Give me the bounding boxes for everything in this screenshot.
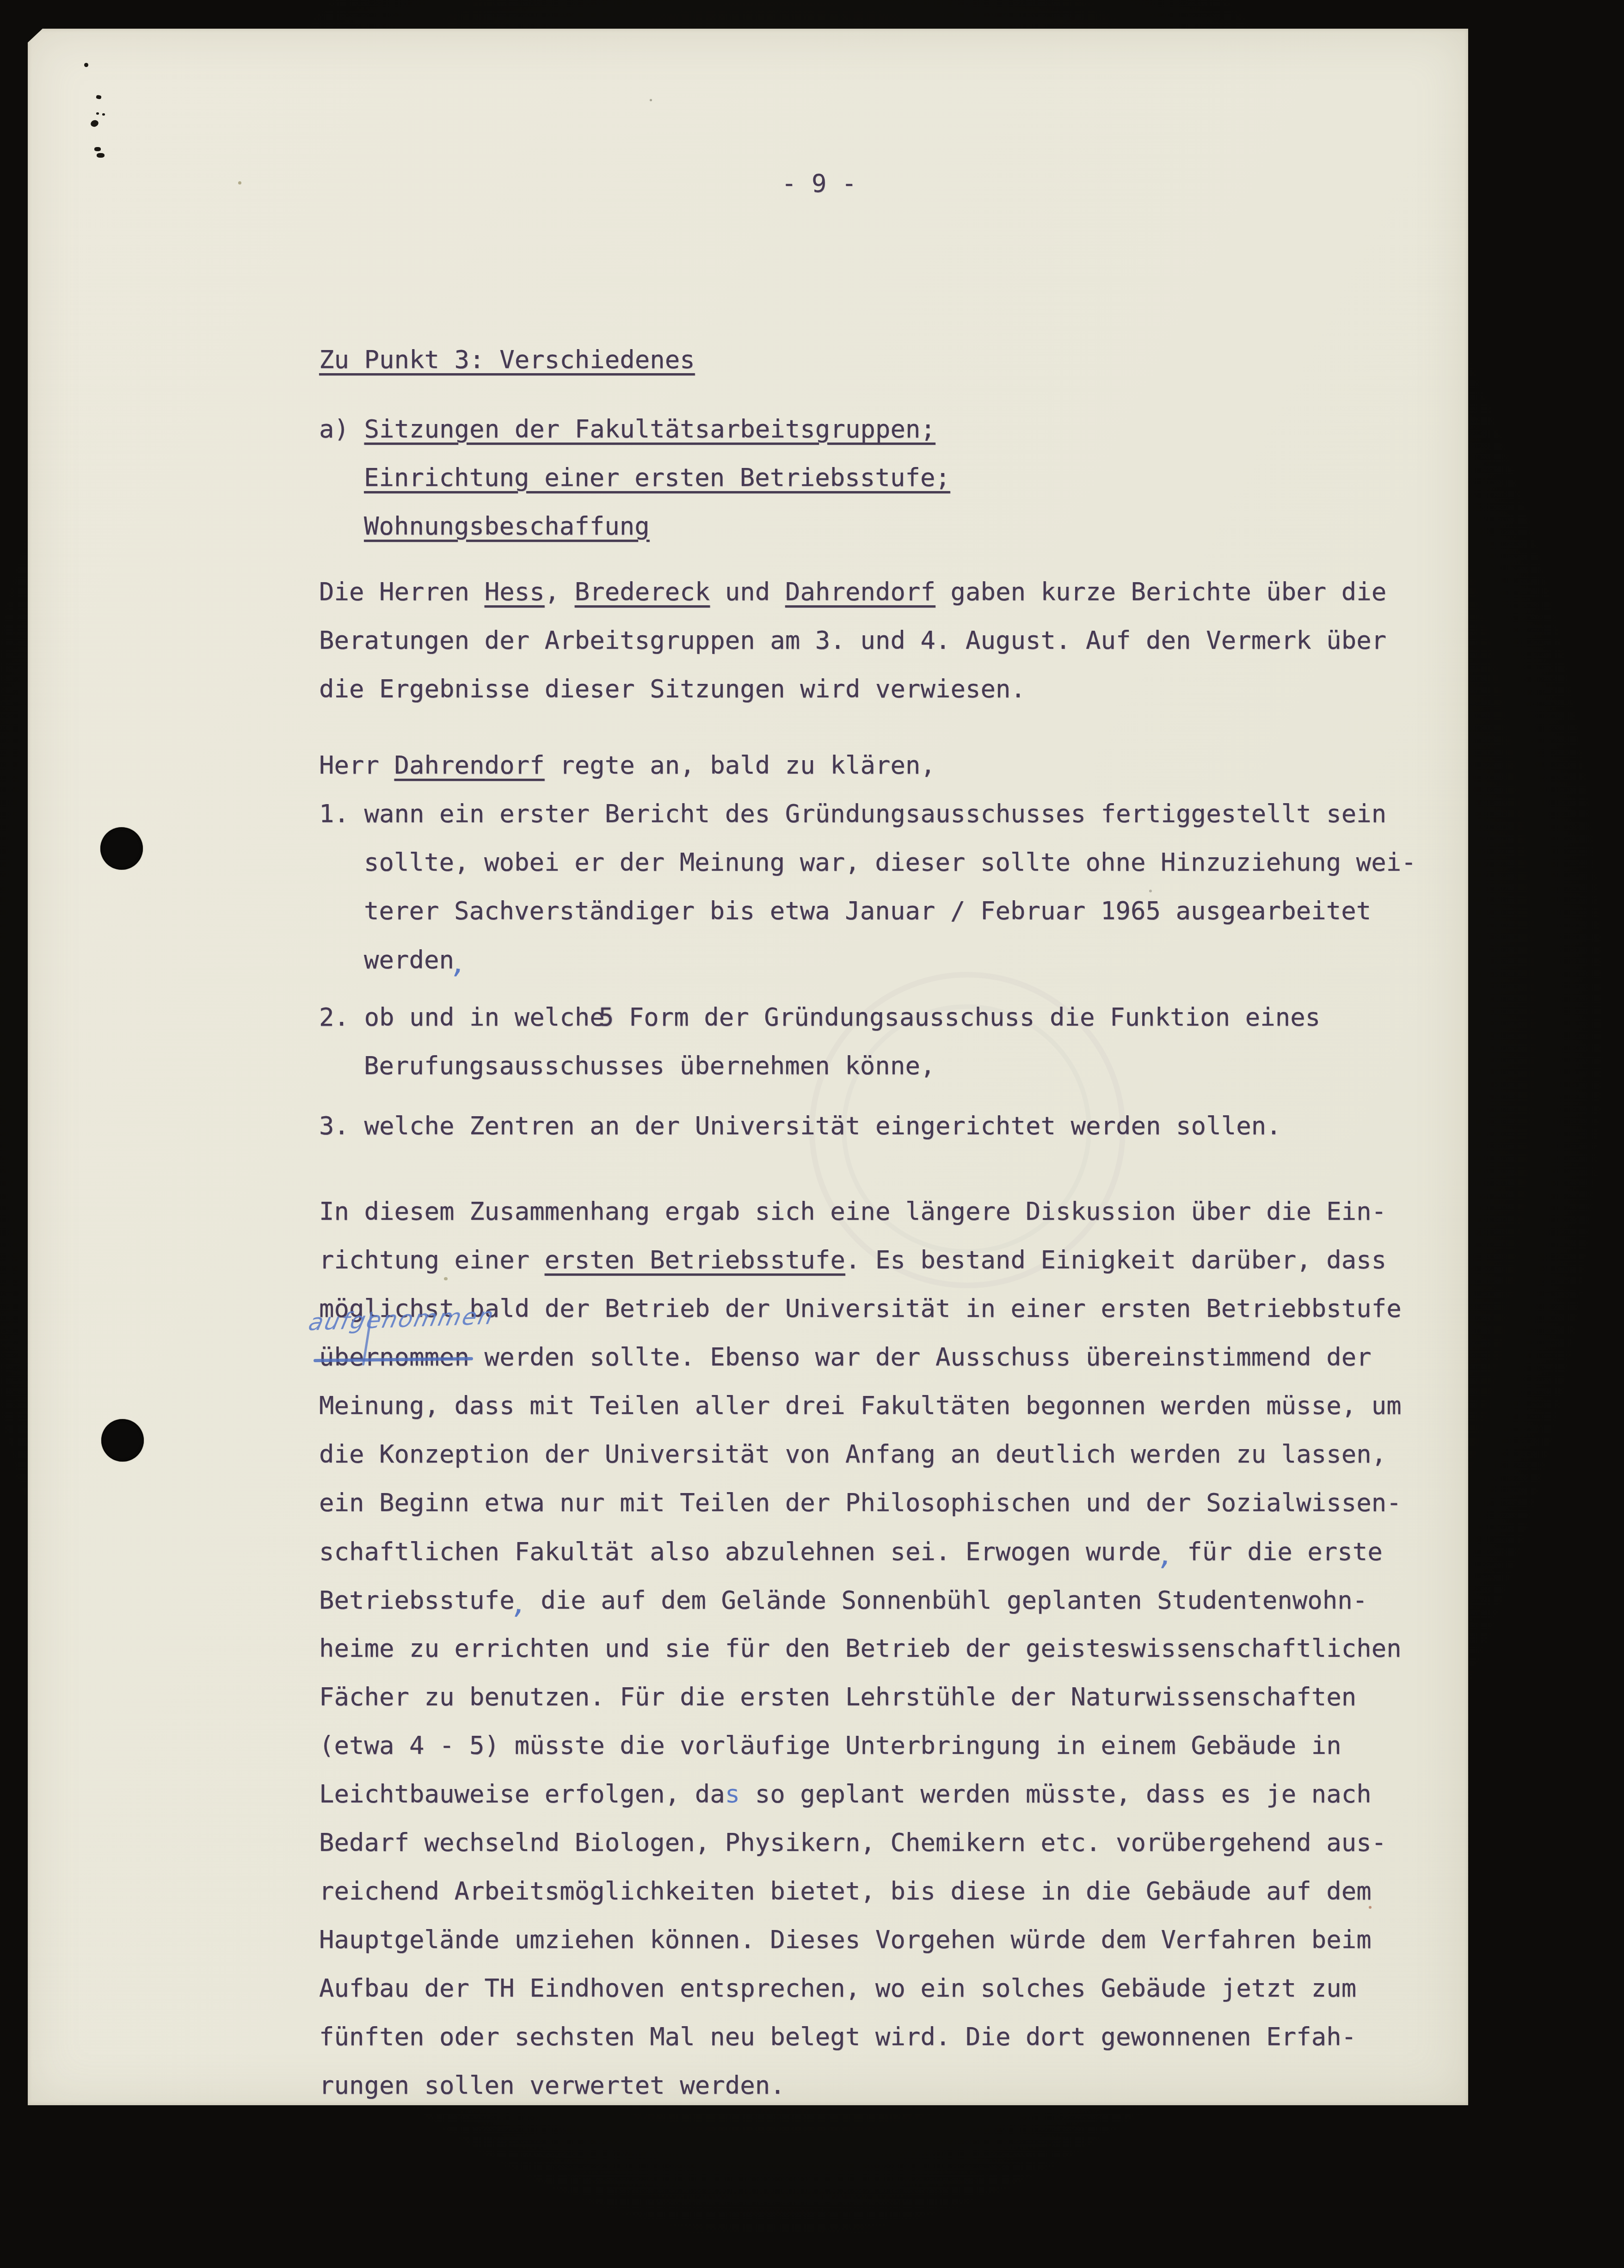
text-line: terer Sachverständiger bis etwa Januar /…: [28, 886, 1468, 935]
paper-speck: [444, 1277, 448, 1280]
text-line: Die Herren Hess, Bredereck und Dahrendor…: [28, 567, 1468, 616]
underlined-text: Einrichtung einer ersten Betriebsstufe;: [364, 463, 950, 492]
text-line: übernommen werden sollte. Ebenso war der…: [28, 1333, 1468, 1381]
typed-text: In diesem Zusammenhang ergab sich eine l…: [319, 1197, 1386, 1226]
typed-text: . Es bestand Einigkeit darüber, dass: [845, 1245, 1386, 1274]
staple-mark: [96, 95, 101, 99]
typed-text: die auf dem Gelände Sonnenbühl geplanten…: [526, 1586, 1368, 1615]
typed-text: 2. ob und in welche: [319, 1002, 605, 1032]
typed-text: a): [319, 414, 364, 443]
staple-mark: [94, 147, 101, 151]
text-line: fünften oder sechsten Mal neu belegt wir…: [28, 2012, 1468, 2061]
text-line: a) Sitzungen der Fakultätsarbeitsgruppen…: [28, 405, 1468, 453]
typed-text: reichend Arbeitsmöglichkeiten bietet, bi…: [319, 1876, 1372, 1905]
underlined-text: Dahrendorf: [394, 750, 545, 780]
text-line: Betriebsstufe, die auf dem Gelände Sonne…: [28, 1575, 1468, 1624]
text-line: sollte, wobei er der Meinung war, dieser…: [28, 838, 1468, 886]
text-line: Fächer zu benutzen. Für die ersten Lehrs…: [28, 1672, 1468, 1721]
typewritten-text: Zu Punkt 3: Verschiedenesa) Sitzungen de…: [28, 335, 1468, 2105]
text-line: (etwa 4 - 5) müsste die vorläufige Unter…: [28, 1721, 1468, 1770]
text-line: schaftlichen Fakultät also abzulehnen se…: [28, 1527, 1468, 1575]
text-line: 1. wann ein erster Bericht des Gründungs…: [28, 789, 1468, 838]
typed-text: Aufbau der TH Eindhoven entsprechen, wo …: [319, 1973, 1356, 2003]
handwritten-annotation: aufgenommen: [306, 1300, 498, 1339]
underlined-text: Hess: [485, 577, 545, 606]
staple-mark: [96, 112, 99, 115]
underlined-text: Zu Punkt 3: Verschiedenes: [319, 345, 695, 374]
typed-text: Form der Gründungsausschuss die Funktion…: [614, 1002, 1320, 1032]
text-line: möglichst bald der Betrieb der Universit…: [28, 1284, 1468, 1333]
typed-text: rungen sollen verwertet werden.: [319, 2071, 785, 2100]
punch-hole-icon: [100, 827, 143, 870]
typed-text: die Konzeption der Universität von Anfan…: [319, 1439, 1386, 1469]
text-line: heime zu errichten und sie für den Betri…: [28, 1624, 1468, 1672]
text-line: Herr Dahrendorf regte an, bald zu klären…: [28, 741, 1468, 789]
typed-text: Die Herren: [319, 577, 485, 606]
document-page: - 9 - Zu Punkt 3: Verschiedenesa) Sitzun…: [28, 29, 1468, 2105]
typed-text: Berufungsausschusses übernehmen könne,: [364, 1051, 935, 1080]
text-line: rungen sollen verwertet werden.: [28, 2061, 1468, 2105]
text-line: werden,: [28, 935, 1468, 983]
typed-text: Herr: [319, 750, 394, 780]
typed-text: richtung einer: [319, 1245, 545, 1274]
text-line: 2. ob und in welche5 Form der Gründungsa…: [28, 993, 1468, 1041]
text-line: richtung einer ersten Betriebsstufe. Es …: [28, 1235, 1468, 1284]
text-line: Einrichtung einer ersten Betriebsstufe;: [28, 453, 1468, 502]
text-line: Leichtbauweise erfolgen, das so geplant …: [28, 1770, 1468, 1818]
typed-text: Fächer zu benutzen. Für die ersten Lehrs…: [319, 1682, 1356, 1711]
staple-mark: [102, 113, 105, 116]
typed-text: ,: [545, 577, 575, 606]
text-line: Meinung, dass mit Teilen aller drei Faku…: [28, 1381, 1468, 1430]
scanned-document-photo: { "page": { "page_number": "- 9 -", "bac…: [0, 0, 1624, 2268]
typed-text: ein Beginn etwa nur mit Teilen der Philo…: [319, 1488, 1402, 1517]
text-line: die Ergebnisse dieser Sitzungen wird ver…: [28, 664, 1468, 713]
paper-speck: [1149, 890, 1152, 892]
typed-text: 5: [599, 993, 614, 1041]
text-line: 3. welche Zentren an der Universität ein…: [28, 1101, 1468, 1150]
text-line: Hauptgelände umziehen können. Dieses Vor…: [28, 1915, 1468, 1964]
typed-text: gaben kurze Berichte über die: [935, 577, 1386, 606]
typed-text: Meinung, dass mit Teilen aller drei Faku…: [319, 1391, 1402, 1420]
underlined-text: Wohnungsbeschaffung: [364, 511, 650, 541]
typed-text: schaftlichen Fakultät also abzulehnen se…: [319, 1537, 1161, 1566]
typed-text: werden: [364, 945, 454, 974]
typed-text: 3. welche Zentren an der Universität ein…: [319, 1111, 1281, 1140]
paper-speck: [238, 181, 241, 184]
text-line: Aufbau der TH Eindhoven entsprechen, wo …: [28, 1964, 1468, 2012]
staple-mark: [84, 63, 88, 67]
typed-text: fünften oder sechsten Mal neu belegt wir…: [319, 2022, 1356, 2051]
typed-text: sollte, wobei er der Meinung war, dieser…: [364, 848, 1416, 877]
typed-text: für die erste: [1172, 1537, 1383, 1566]
text-line: Bedarf wechselnd Biologen, Physikern, Ch…: [28, 1818, 1468, 1867]
underlined-text: Dahrendorf: [785, 577, 935, 606]
paper-speck: [1369, 1906, 1372, 1909]
typed-text: Betriebsstufe: [319, 1586, 515, 1615]
text-line: Zu Punkt 3: Verschiedenes: [28, 335, 1468, 384]
text-line: Berufungsausschusses übernehmen könne,: [28, 1041, 1468, 1090]
underlined-text: Sitzungen der Fakultätsarbeitsgruppen;: [364, 414, 935, 443]
text-line: In diesem Zusammenhang ergab sich eine l…: [28, 1187, 1468, 1235]
text-line: Wohnungsbeschaffung: [28, 502, 1468, 550]
typed-text: Leichtbauweise erfolgen, da: [319, 1779, 725, 1808]
struck-word: übernommen: [319, 1333, 469, 1381]
typed-text: heime zu errichten und sie für den Betri…: [319, 1634, 1402, 1663]
typed-text: (etwa 4 - 5) müsste die vorläufige Unter…: [319, 1731, 1341, 1760]
typed-text: werden sollte. Ebenso war der Ausschuss …: [469, 1342, 1372, 1371]
typed-text: die Ergebnisse dieser Sitzungen wird ver…: [319, 674, 1026, 703]
text-line: die Konzeption der Universität von Anfan…: [28, 1430, 1468, 1478]
underlined-text: ersten Betriebsstufe: [545, 1245, 845, 1274]
typed-text: Bedarf wechselnd Biologen, Physikern, Ch…: [319, 1828, 1386, 1857]
typed-text: so geplant werden müsste, dass es je nac…: [740, 1779, 1371, 1808]
typed-text: terer Sachverständiger bis etwa Januar /…: [364, 896, 1371, 925]
typed-text: Beratungen der Arbeitsgruppen am 3. und …: [319, 626, 1386, 655]
staple-mark: [90, 119, 99, 128]
typed-text: und: [710, 577, 785, 606]
typed-text: regte an, bald zu klären,: [545, 750, 935, 780]
handwritten-correction: s: [725, 1779, 740, 1808]
typed-text: Hauptgelände umziehen können. Dieses Vor…: [319, 1925, 1372, 1954]
page-number: - 9 -: [781, 167, 857, 200]
underlined-text: Bredereck: [575, 577, 710, 606]
paper-speck: [650, 99, 652, 101]
staple-mark: [97, 153, 105, 158]
text-line: reichend Arbeitsmöglichkeiten bietet, bi…: [28, 1867, 1468, 1915]
punch-hole-icon: [101, 1419, 144, 1462]
text-line: ein Beginn etwa nur mit Teilen der Philo…: [28, 1478, 1468, 1527]
text-line: Beratungen der Arbeitsgruppen am 3. und …: [28, 616, 1468, 664]
typed-text: 1. wann ein erster Bericht des Gründungs…: [319, 799, 1386, 828]
